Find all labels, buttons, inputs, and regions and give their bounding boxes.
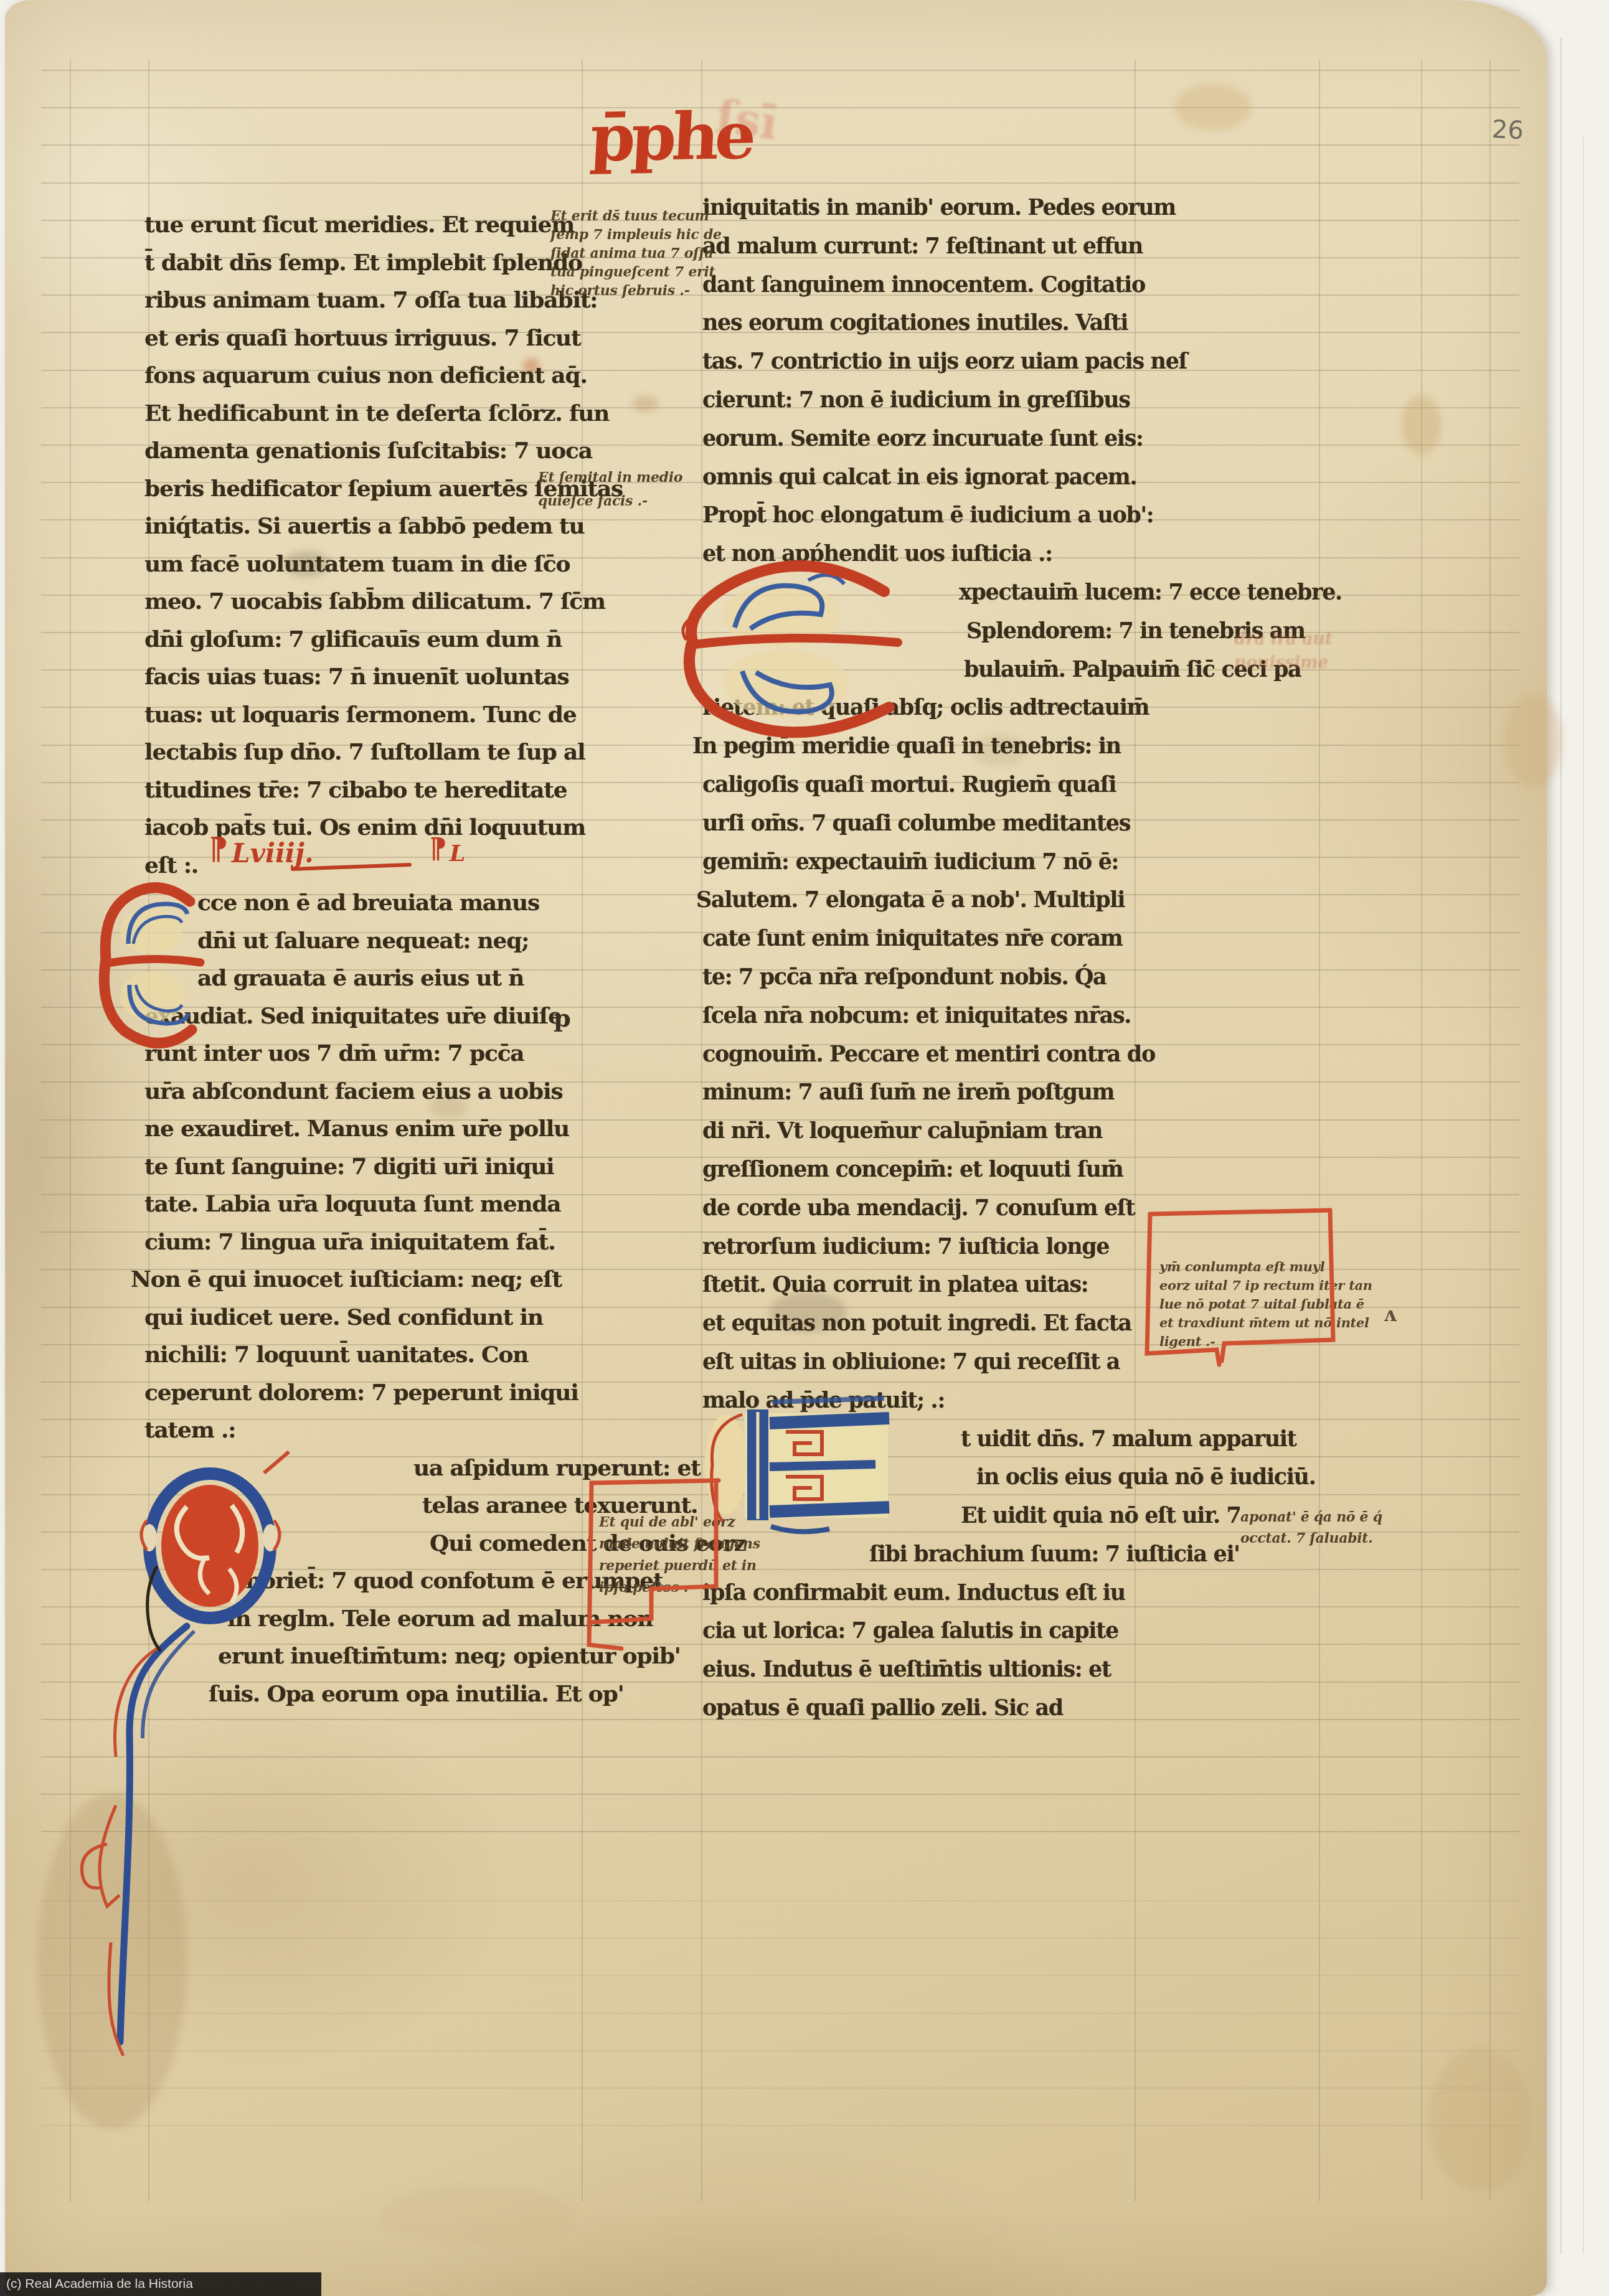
gloss-boxed-right-line-2: eorz uital 7 ip rectum iter tan	[1159, 1276, 1372, 1295]
right-column-text-line-6: cierunt: 7 non ē iudicium in greſſibus	[702, 381, 1138, 420]
ruled-line-horizontal	[41, 2050, 1519, 2051]
left-column-text-line-26: te ſunt ſanguine: 7 digiti ur̄i iniqui	[144, 1148, 580, 1186]
ruled-line-horizontal	[41, 144, 1519, 146]
right-column-text-line-3: dant ſanguinem innocentem. Cogitatio	[702, 266, 1138, 304]
gloss-boxed-right-line-4: et traxdiunt m̄tem ut nō intel	[1159, 1314, 1372, 1332]
gloss-boxed-right-line-3: lue nō potat 7 uital ſublata ē	[1159, 1295, 1372, 1314]
gloss-boxed-left-line-4: ipſo peſtos .-	[599, 1577, 760, 1599]
right-column-text-line-8: omnis qui calcat in eis ignorat pacem.	[702, 458, 1138, 497]
gloss-saluabit-note-line-1: aponat' ē q́a nō ē q́	[1240, 1507, 1382, 1528]
left-column-text-line-16: titudines tr̄e: 7 cibabo te hereditate	[144, 771, 580, 809]
right-column-text-line-1: iniquitatis in manib' eorum. Pedes eorum	[702, 189, 1138, 227]
right-column-text-line-26: greſſionem concepim̄: et loquuti ſum̄	[702, 1150, 1138, 1189]
left-column-text-line-9: iniq́tatis. Si auertis a ſabbō pedem tu	[144, 507, 580, 545]
left-column-text-line-12: dn̄i gloſum: 7 glificauīs eum dum n̄	[144, 621, 580, 659]
right-column-text-line-19: Salutem. 7 elongata ē a nob'. Multipli	[696, 881, 1138, 920]
left-column-text-line-39: erunt inueſtim̄tum: neq; opientur opib'	[218, 1637, 580, 1675]
parchment-stain	[632, 396, 658, 412]
right-column-text-line-22: ſcela nr̄a nobcum: et iniquitates nr̄as.	[702, 997, 1138, 1035]
gloss-saluabit-note: aponat' ē q́a nō ē q́occtat. 7 ſaluabit.	[1240, 1507, 1382, 1549]
right-column-text-line-40: opatus ē quaſi pallio zeli. Sic ad	[702, 1689, 1138, 1728]
right-column-text-line-37: ipſa confirmabit eum. Inductus eſt iu	[702, 1574, 1138, 1612]
ruled-line-horizontal	[41, 1756, 1519, 1757]
copyright-bar: (c) Real Academia de la Historia	[0, 2272, 321, 2296]
right-column-text-line-28: retrorſum iudicium: 7 iuſticia longe	[702, 1228, 1138, 1266]
right-column-text-line-35: Et uidit quia nō eſt uir. 7	[961, 1497, 1138, 1535]
left-column-text-line-37: moriet̄: 7 quod confotum ē erumpet	[238, 1562, 580, 1600]
left-column-text-line-31: nichili: 7 loquunt̄ uanitates. Con	[144, 1336, 580, 1374]
left-column-text-line-4: et eris quaſi hortuus irriguus. 7 ſicut	[144, 319, 580, 357]
gloss-boxed-right-line-5: ligent .-	[1159, 1332, 1372, 1351]
left-column-text-line-7: damenta genationis ſuſcitabis: 7 uoca	[144, 432, 580, 470]
right-column-text-line-30: et equitas non potuit ingredi. Et facta	[702, 1304, 1138, 1343]
right-column-text-line-39: eius. Indutus ē ueſtim̄tis ultionis: et	[702, 1650, 1138, 1689]
right-column-text-line-17: urſi om̄s. 7 quaſi columbe meditantes	[702, 804, 1138, 843]
ruled-line-horizontal	[41, 182, 1519, 184]
gloss-top-intercolumn-line-5: hic ortus ſebruis .-	[550, 281, 722, 300]
right-column-text-line-5: tas. 7 contrictio in uijs eorz uiam paci…	[702, 342, 1138, 381]
left-column-text-line-36: Qui comedent de ouis eorz	[430, 1525, 580, 1563]
ruled-line-horizontal	[41, 1937, 1519, 1939]
gloss-boxed-left-line-3: reperiet puerdū et in	[599, 1555, 760, 1577]
right-column-text-line-7: eorum. Semite eorz incuruate ſunt eis:	[702, 420, 1138, 458]
parchment-stain	[380, 2185, 573, 2244]
right-column-text-line-13: bulauim̄. Palpauim̄ ſic̄ ceci pa	[964, 651, 1138, 689]
ruled-line-vertical	[1421, 60, 1422, 2201]
parchment-stain	[1429, 2048, 1532, 2191]
left-column-text-line-28: cium: 7 lingua ur̄a iniquitatem fat̄.	[144, 1223, 580, 1261]
gloss-ghost-offset: dra lra autnouissime	[1234, 628, 1333, 675]
gloss-top-intercolumn-line-1: Et erit ds̄ tuus tecum	[550, 207, 722, 225]
right-column-text-line-33: t uidit dn̄s. 7 malum apparuit	[961, 1420, 1138, 1459]
left-column-text-line-11: meo. 7 uocabis ſabb̄m dilicatum. 7 ſc̄m	[144, 583, 580, 621]
gloss-mid-intercolumn: Et ſemital in medioquieſce facis .-	[538, 466, 682, 513]
ruled-line-horizontal	[41, 107, 1519, 108]
left-column-text-line-19: cce non ē ad breuiata manus	[197, 884, 580, 922]
chapter-numeral: Lviiij.	[232, 838, 314, 868]
left-column-text-line-10: um facē uoluntatem tuam in die ſc̄o	[144, 545, 580, 583]
page-edge-line	[1560, 37, 1562, 2254]
left-column-text-line-21: ad grauata ē auris eius ut n̄	[197, 959, 580, 997]
left-column-text-line-32: ceperunt dolorem: 7 peperunt iniqui	[144, 1374, 580, 1412]
right-column-text-line-27: de corde uba mendacij. 7 conuſum eſt	[702, 1189, 1138, 1228]
left-column-text-line-35: telas aranee texuerunt.	[422, 1487, 580, 1525]
right-column-text-line-23: cognouim̄. Peccare et mentiri contra do	[702, 1035, 1138, 1074]
ruled-line-horizontal	[41, 1900, 1519, 1901]
next-chapter-pilcrow: ¶	[430, 833, 447, 865]
gloss-ghost-offset-line-1: dra lra aut	[1234, 628, 1333, 651]
gloss-top-intercolumn-line-3: ſidat anima tua 7 oſſa	[550, 244, 722, 263]
manuscript-scan: p̄phe ſsī 26 tue erunt ſicut meridies. E…	[0, 0, 1609, 2296]
left-column-text-line-33: tatem .:	[144, 1411, 580, 1449]
left-column-text-line-20: dn̄i ut ſaluare nequeat: neq;	[197, 922, 580, 960]
left-column-text-line-22: exaudiat. Sed iniquitates ur̄e diuiſe	[144, 997, 580, 1035]
left-column-text-line-13: facis uias tuas: 7 n̄ inuenīt uoluntas	[144, 658, 580, 696]
left-column-text-line-24: ur̄a abſcondunt faciem eius a uobis	[144, 1073, 580, 1111]
left-column-text-line-8: beris hedificator ſepium auertēs ſemitas	[144, 470, 580, 508]
left-column-text-line-30: qui iudicet uere. Sed confidunt in	[144, 1299, 580, 1337]
left-column-text-line-27: tate. Labia ur̄a loquuta ſunt menda	[144, 1185, 580, 1223]
gloss-mid-intercolumn-line-1: Et ſemital in medio	[538, 466, 682, 489]
right-column-text-line-2: ad malum currunt: 7 feſtinant ut effun	[702, 227, 1138, 266]
ruled-line-horizontal	[41, 1831, 1519, 1832]
right-column-text-line-14: rietem: et quaſi abſq; oclis adtrectauim…	[702, 689, 1138, 727]
left-column-text-line-14: tuas: ut loquaris ſermonem. Tunc de	[144, 696, 580, 734]
gloss-top-intercolumn: Et erit ds̄ tuus tecumſemp 7 impleuis hi…	[550, 207, 722, 300]
ruled-line-horizontal	[41, 2013, 1519, 2014]
page-edge-line	[1583, 137, 1584, 2254]
parchment-stain	[1174, 84, 1252, 131]
left-column-text-line-25: ne exaudiret. Manus enim ur̄e pollu	[144, 1110, 580, 1148]
right-column-text-line-10: et non apṕhendit uos iuſticia .:	[702, 535, 1138, 573]
folio-number: 26	[1491, 115, 1524, 146]
gloss-boxed-left: Et qui de abl' eorzmade uoluit frangensr…	[599, 1512, 760, 1599]
ruled-line-horizontal	[41, 1794, 1519, 1795]
left-column-text-line-6: Et hedificabunt in te deſerta ſclōrz. fu…	[144, 395, 580, 433]
right-column-text-line-36: ſibi brachium ſuum: 7 iuſticia ei'	[869, 1535, 1138, 1574]
left-column-text-line-34: ua aſpidum ruperunt: et	[413, 1449, 580, 1487]
stray-mark-caret: ʌ	[1384, 1302, 1397, 1326]
right-column-text-line-15: In pegim̄ meridie quaſi in tenebris: in	[692, 727, 1138, 766]
right-column-text-line-29: ſtetit. Quia corruit in platea uitas:	[702, 1266, 1138, 1304]
gloss-top-intercolumn-line-4: tua pingueſcent 7 erit	[550, 263, 722, 281]
gloss-boxed-right: ym̄ conlumpta eſt muyleorz uital 7 ip re…	[1159, 1258, 1372, 1351]
ruled-line-horizontal	[41, 2125, 1519, 2126]
chapter-pilcrow: ¶	[209, 832, 229, 867]
gloss-top-intercolumn-line-2: ſemp 7 impleuis hic de	[550, 225, 722, 244]
left-column-text-line-29: Non ē qui inuocet iuſticiam: neq; eſt	[131, 1261, 580, 1299]
right-column-text-line-25: di nr̄i. Vt loquem̄ur calup̄niam tran	[702, 1112, 1138, 1150]
gloss-boxed-left-line-2: made uoluit frangens	[599, 1533, 760, 1555]
parchment-stain	[37, 1793, 187, 2129]
gloss-ghost-offset-line-2: nouissime	[1234, 651, 1333, 675]
ruled-line-horizontal	[41, 1975, 1519, 1976]
ruled-line-horizontal	[41, 70, 1519, 71]
right-column-text-line-11: xpectauim̄ lucem: 7 ecce tenebre.	[959, 573, 1138, 612]
parchment-stain	[1504, 694, 1563, 788]
right-column-text-line-32: malo ad p̄de patuit; .:	[702, 1381, 1138, 1420]
right-column-text-line-21: te: 7 pcc̄a nr̄a reſpondunt nobis. Q́a	[702, 958, 1138, 997]
right-column-text-line-4: nes eorum cogitationes inutiles. Vaſti	[702, 304, 1138, 342]
right-column-text-line-12: Splendorem: 7 in tenebris am	[966, 612, 1138, 651]
left-column-text-line-5: fons aquarum cuius non deficient aq̄.	[144, 357, 580, 395]
left-column-text-line-15: lectabis ſup dn̄o. 7 ſuſtollam te ſup al	[144, 733, 580, 771]
left-column-text-line-2: t̄ dabit dn̄s ſemp. Et implebit ſplendo	[144, 244, 580, 282]
gloss-saluabit-note-line-2: occtat. 7 ſaluabit.	[1240, 1528, 1382, 1549]
gloss-mid-intercolumn-line-2: quieſce facis .-	[538, 489, 682, 513]
left-column-text-line-38: in reglm. Tele eorum ad malum non	[227, 1600, 580, 1638]
right-column-text-line-20: cate ſunt enim iniquitates nr̄e coram	[702, 920, 1138, 958]
gloss-boxed-right-line-1: ym̄ conlumpta eſt muyl	[1159, 1258, 1372, 1276]
left-column-text: tue erunt ſicut meridies. Et requiemt̄ d…	[144, 206, 580, 1713]
left-column-text-line-23: runt inter uos 7 dm̄ ur̄m: 7 pcc̄a	[144, 1035, 580, 1073]
ghost-title-offset: ſsī	[713, 90, 780, 149]
left-column-text-line-40: ſuis. Opa eorum opa inutilia. Et op'	[209, 1675, 580, 1713]
right-column-text-line-38: cia ut lorica: 7 galea ſalutis in capite	[702, 1612, 1138, 1650]
parchment-stain	[1401, 395, 1441, 454]
right-column-text-line-31: eſt uitas in obliuione: 7 qui receſſit a	[702, 1343, 1138, 1381]
right-column-text: iniquitatis in manib' eorum. Pedes eorum…	[702, 189, 1138, 1728]
next-chapter-numeral: L	[450, 840, 465, 867]
left-column-text-line-1: tue erunt ſicut meridies. Et requiem	[144, 206, 580, 244]
ruled-line-vertical	[1489, 60, 1491, 2201]
right-column-text-line-18: gemim̄: expectauim̄ iudicium 7 nō ē:	[702, 843, 1138, 882]
gloss-boxed-left-line-1: Et qui de abl' eorz	[599, 1512, 760, 1533]
ruled-line-vertical	[1319, 60, 1320, 2201]
ruled-line-horizontal	[41, 2087, 1519, 2089]
right-column-text-line-9: Propt̄ hoc elongatum ē iudicium a uob':	[702, 496, 1138, 535]
stray-mark-p: p	[554, 1004, 571, 1033]
right-column-text-line-34: in oclis eius quia nō ē iudiciū.	[976, 1458, 1138, 1497]
left-column-text-line-3: ribus animam tuam. 7 oſſa tua libabit:	[144, 281, 580, 319]
right-column-text-line-24: minum: 7 auſi ſum̄ ne irem̄ poſtgum	[702, 1073, 1138, 1112]
right-column-text-line-16: caligoſis quaſi mortui. Rugiem̄ quaſi	[702, 766, 1138, 804]
